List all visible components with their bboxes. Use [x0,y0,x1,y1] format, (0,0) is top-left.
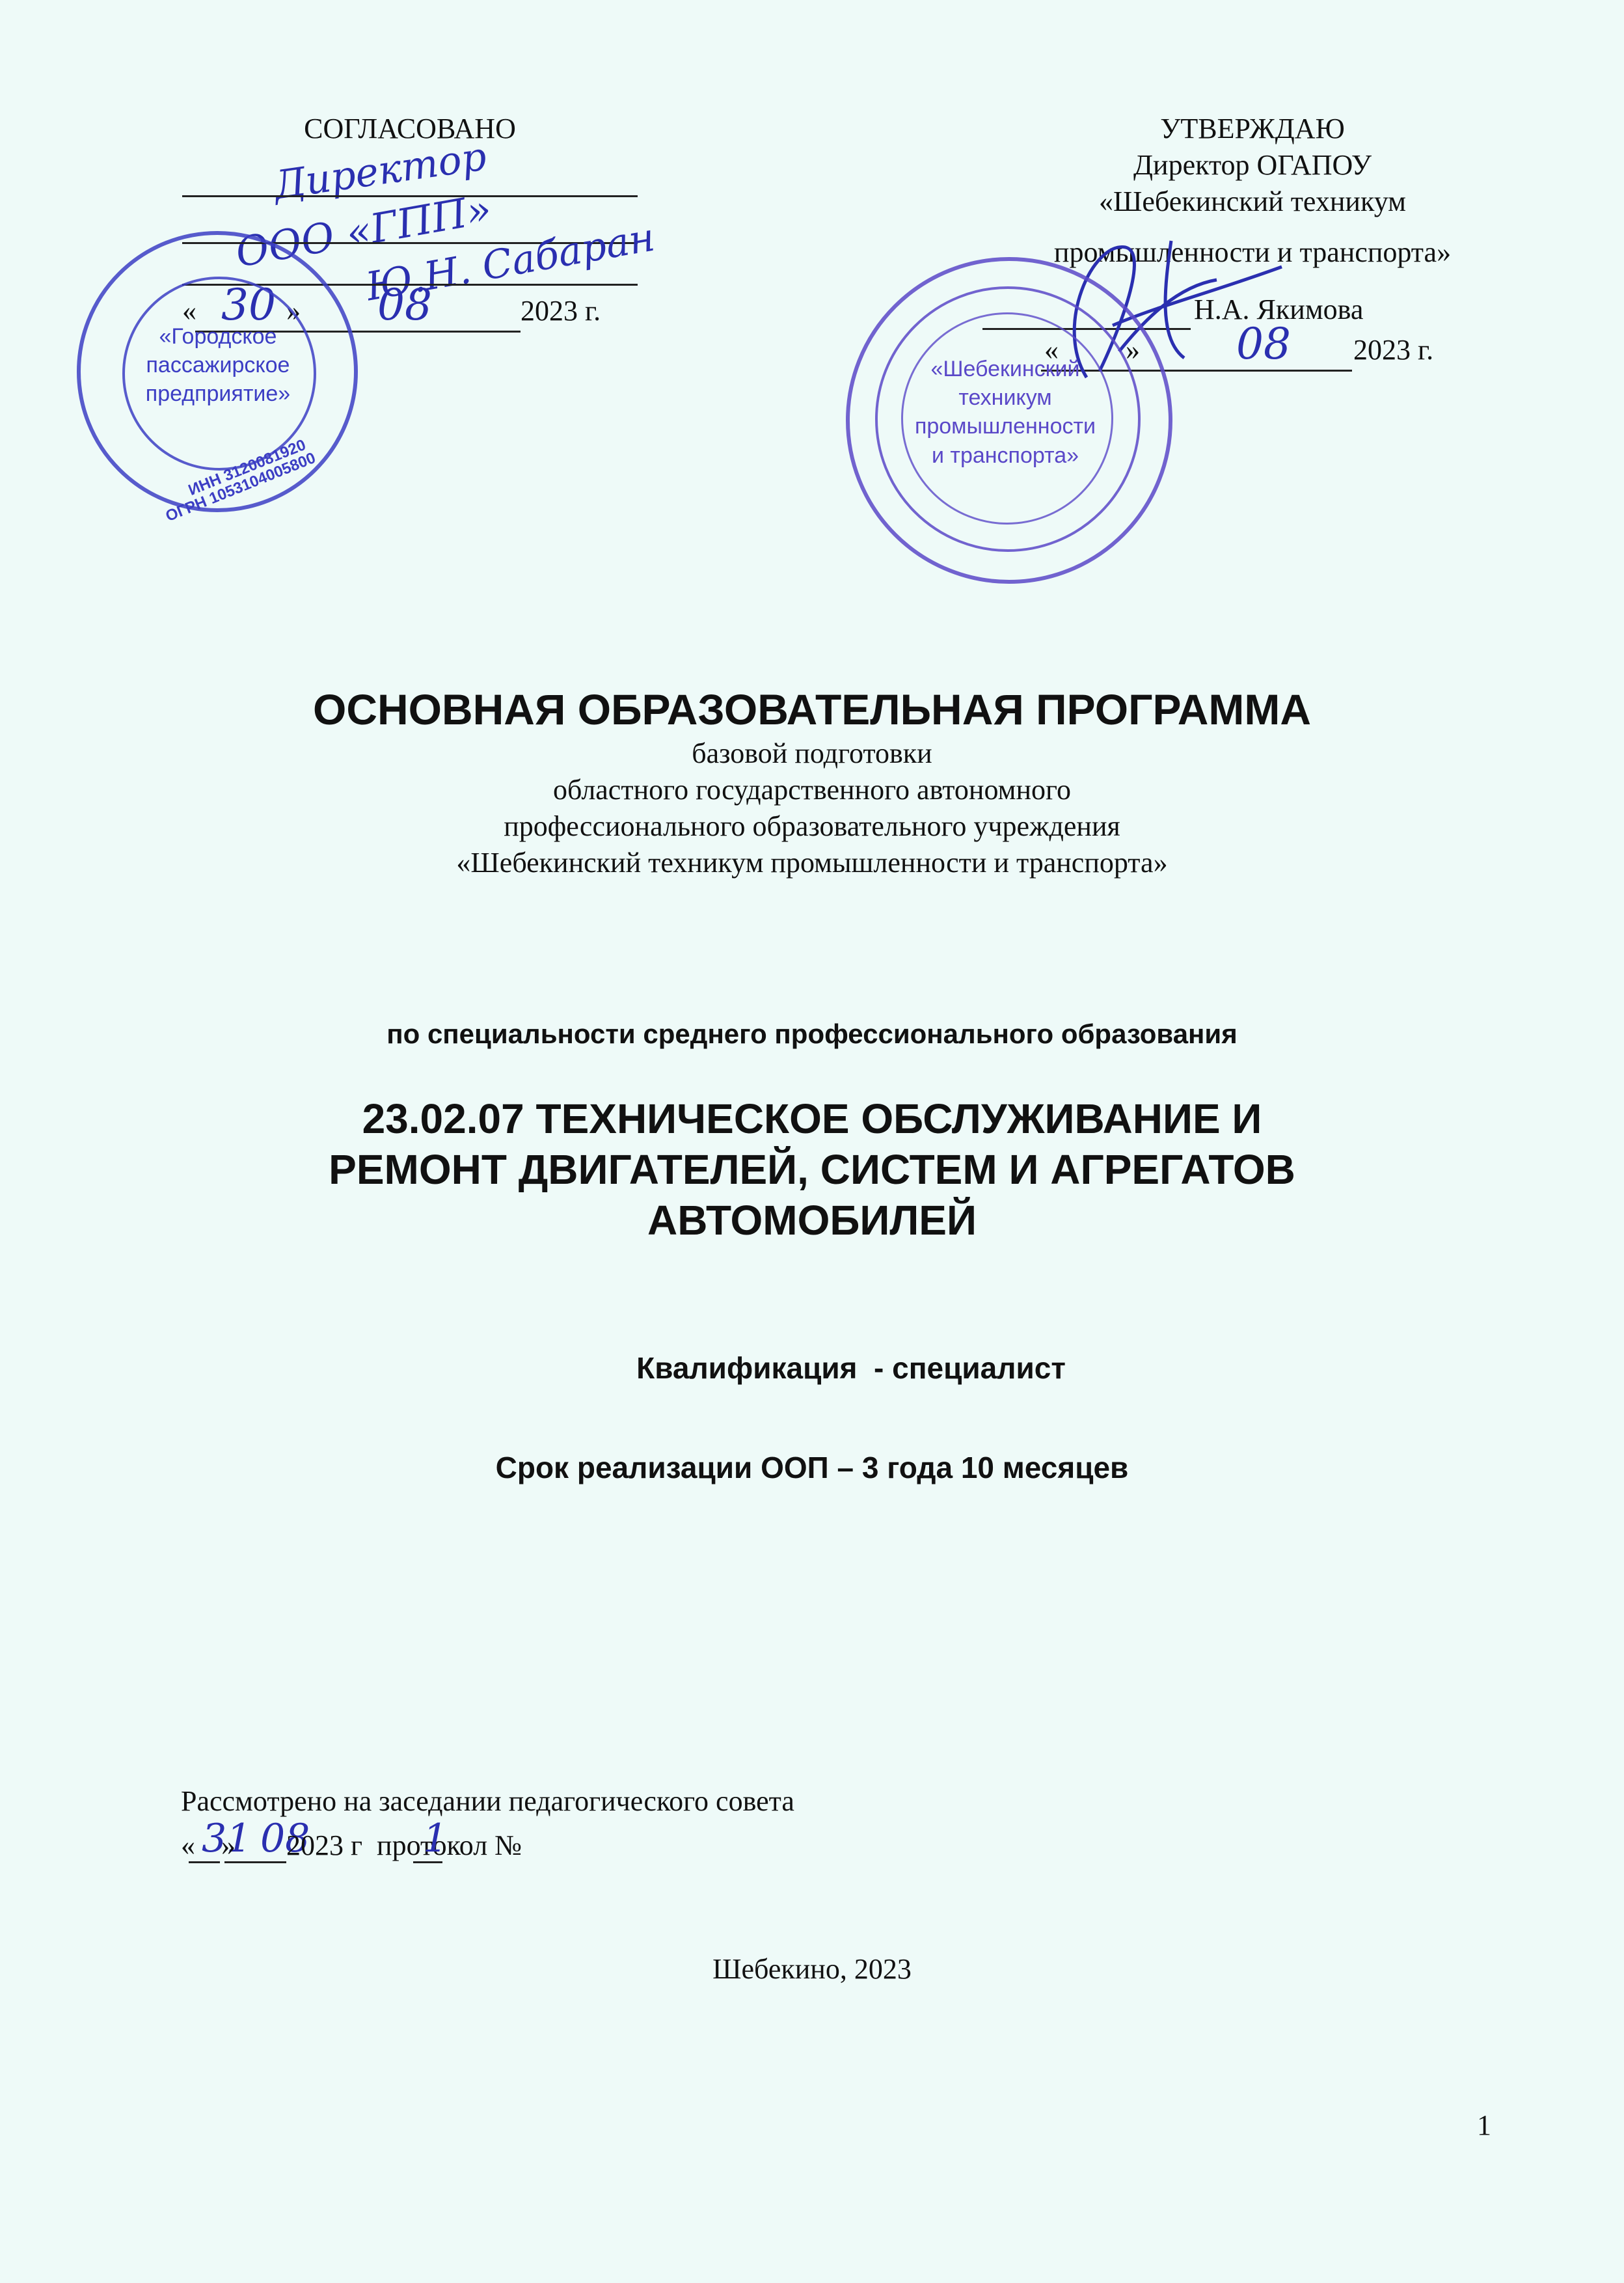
program-title: ОСНОВНАЯ ОБРАЗОВАТЕЛЬНАЯ ПРОГРАММА [0,683,1624,735]
program-duration: Срок реализации ООП – 3 года 10 месяцев [0,1450,1624,1485]
council-line: Рассмотрено на заседании педагогического… [181,1784,794,1819]
date-year: 2023 г. [521,294,601,329]
council-handwritten-protocol-number: 1 [423,1816,448,1861]
signature-line-1 [182,195,638,197]
approver-position: Директор ОГАПОУ [976,148,1529,183]
qualification: Квалификация - специалист [39,1350,1624,1386]
college-stamp-line-3: промышленности [908,412,1103,441]
council-close-quote: » [221,1829,236,1863]
subtitle-line-1: базовой подготовки [0,735,1624,772]
approver-org-line-1: «Шебекинский техникум [976,185,1529,219]
subtitle-line-2: областного государственного автономного [0,772,1624,808]
council-month-line [224,1861,286,1863]
college-stamp-line-2: техникум [908,383,1103,412]
subtitle-line-4: «Шебекинский техникум промышленности и т… [0,845,1624,881]
college-stamp-line-1: «Шебекинский [908,355,1103,383]
program-title-block: ОСНОВНАЯ ОБРАЗОВАТЕЛЬНАЯ ПРОГРАММА базов… [0,683,1624,881]
college-stamp-line-4: и транспорта» [908,441,1103,470]
specialty-block: 23.02.07 ТЕХНИЧЕСКОЕ ОБСЛУЖИВАНИЕ И РЕМО… [0,1093,1624,1246]
handwritten-month: 08 [377,280,432,330]
approval-right-heading: УТВЕРЖДАЮ [976,112,1529,146]
specialty-line-3: АВТОМОБИЛЕЙ [0,1195,1624,1246]
council-protocol-line [413,1861,442,1863]
stamp-center-line-3: предприятие» [130,379,306,408]
subtitle-line-3: профессионального образовательного учреж… [0,808,1624,845]
page-number: 1 [1477,2109,1491,2143]
council-year-protocol: 2023 г протокол № [286,1829,522,1863]
stamp-center-line-2: пассажирское [130,351,306,379]
place-and-year: Шебекино, 2023 [0,1952,1624,1987]
specialty-label: по специальности среднего профессиональн… [0,1018,1624,1050]
approver-date-year: 2023 г. [1353,333,1433,368]
council-day-line [189,1861,220,1863]
approval-left-heading: СОГЛАСОВАНО [182,112,638,146]
council-open-quote: « [181,1829,195,1863]
specialty-line-1: 23.02.07 ТЕХНИЧЕСКОЕ ОБСЛУЖИВАНИЕ И [0,1093,1624,1144]
stamp-center-line-1: «Городское [130,322,306,351]
specialty-line-2: РЕМОНТ ДВИГАТЕЛЕЙ, СИСТЕМ И АГРЕГАТОВ [0,1144,1624,1195]
